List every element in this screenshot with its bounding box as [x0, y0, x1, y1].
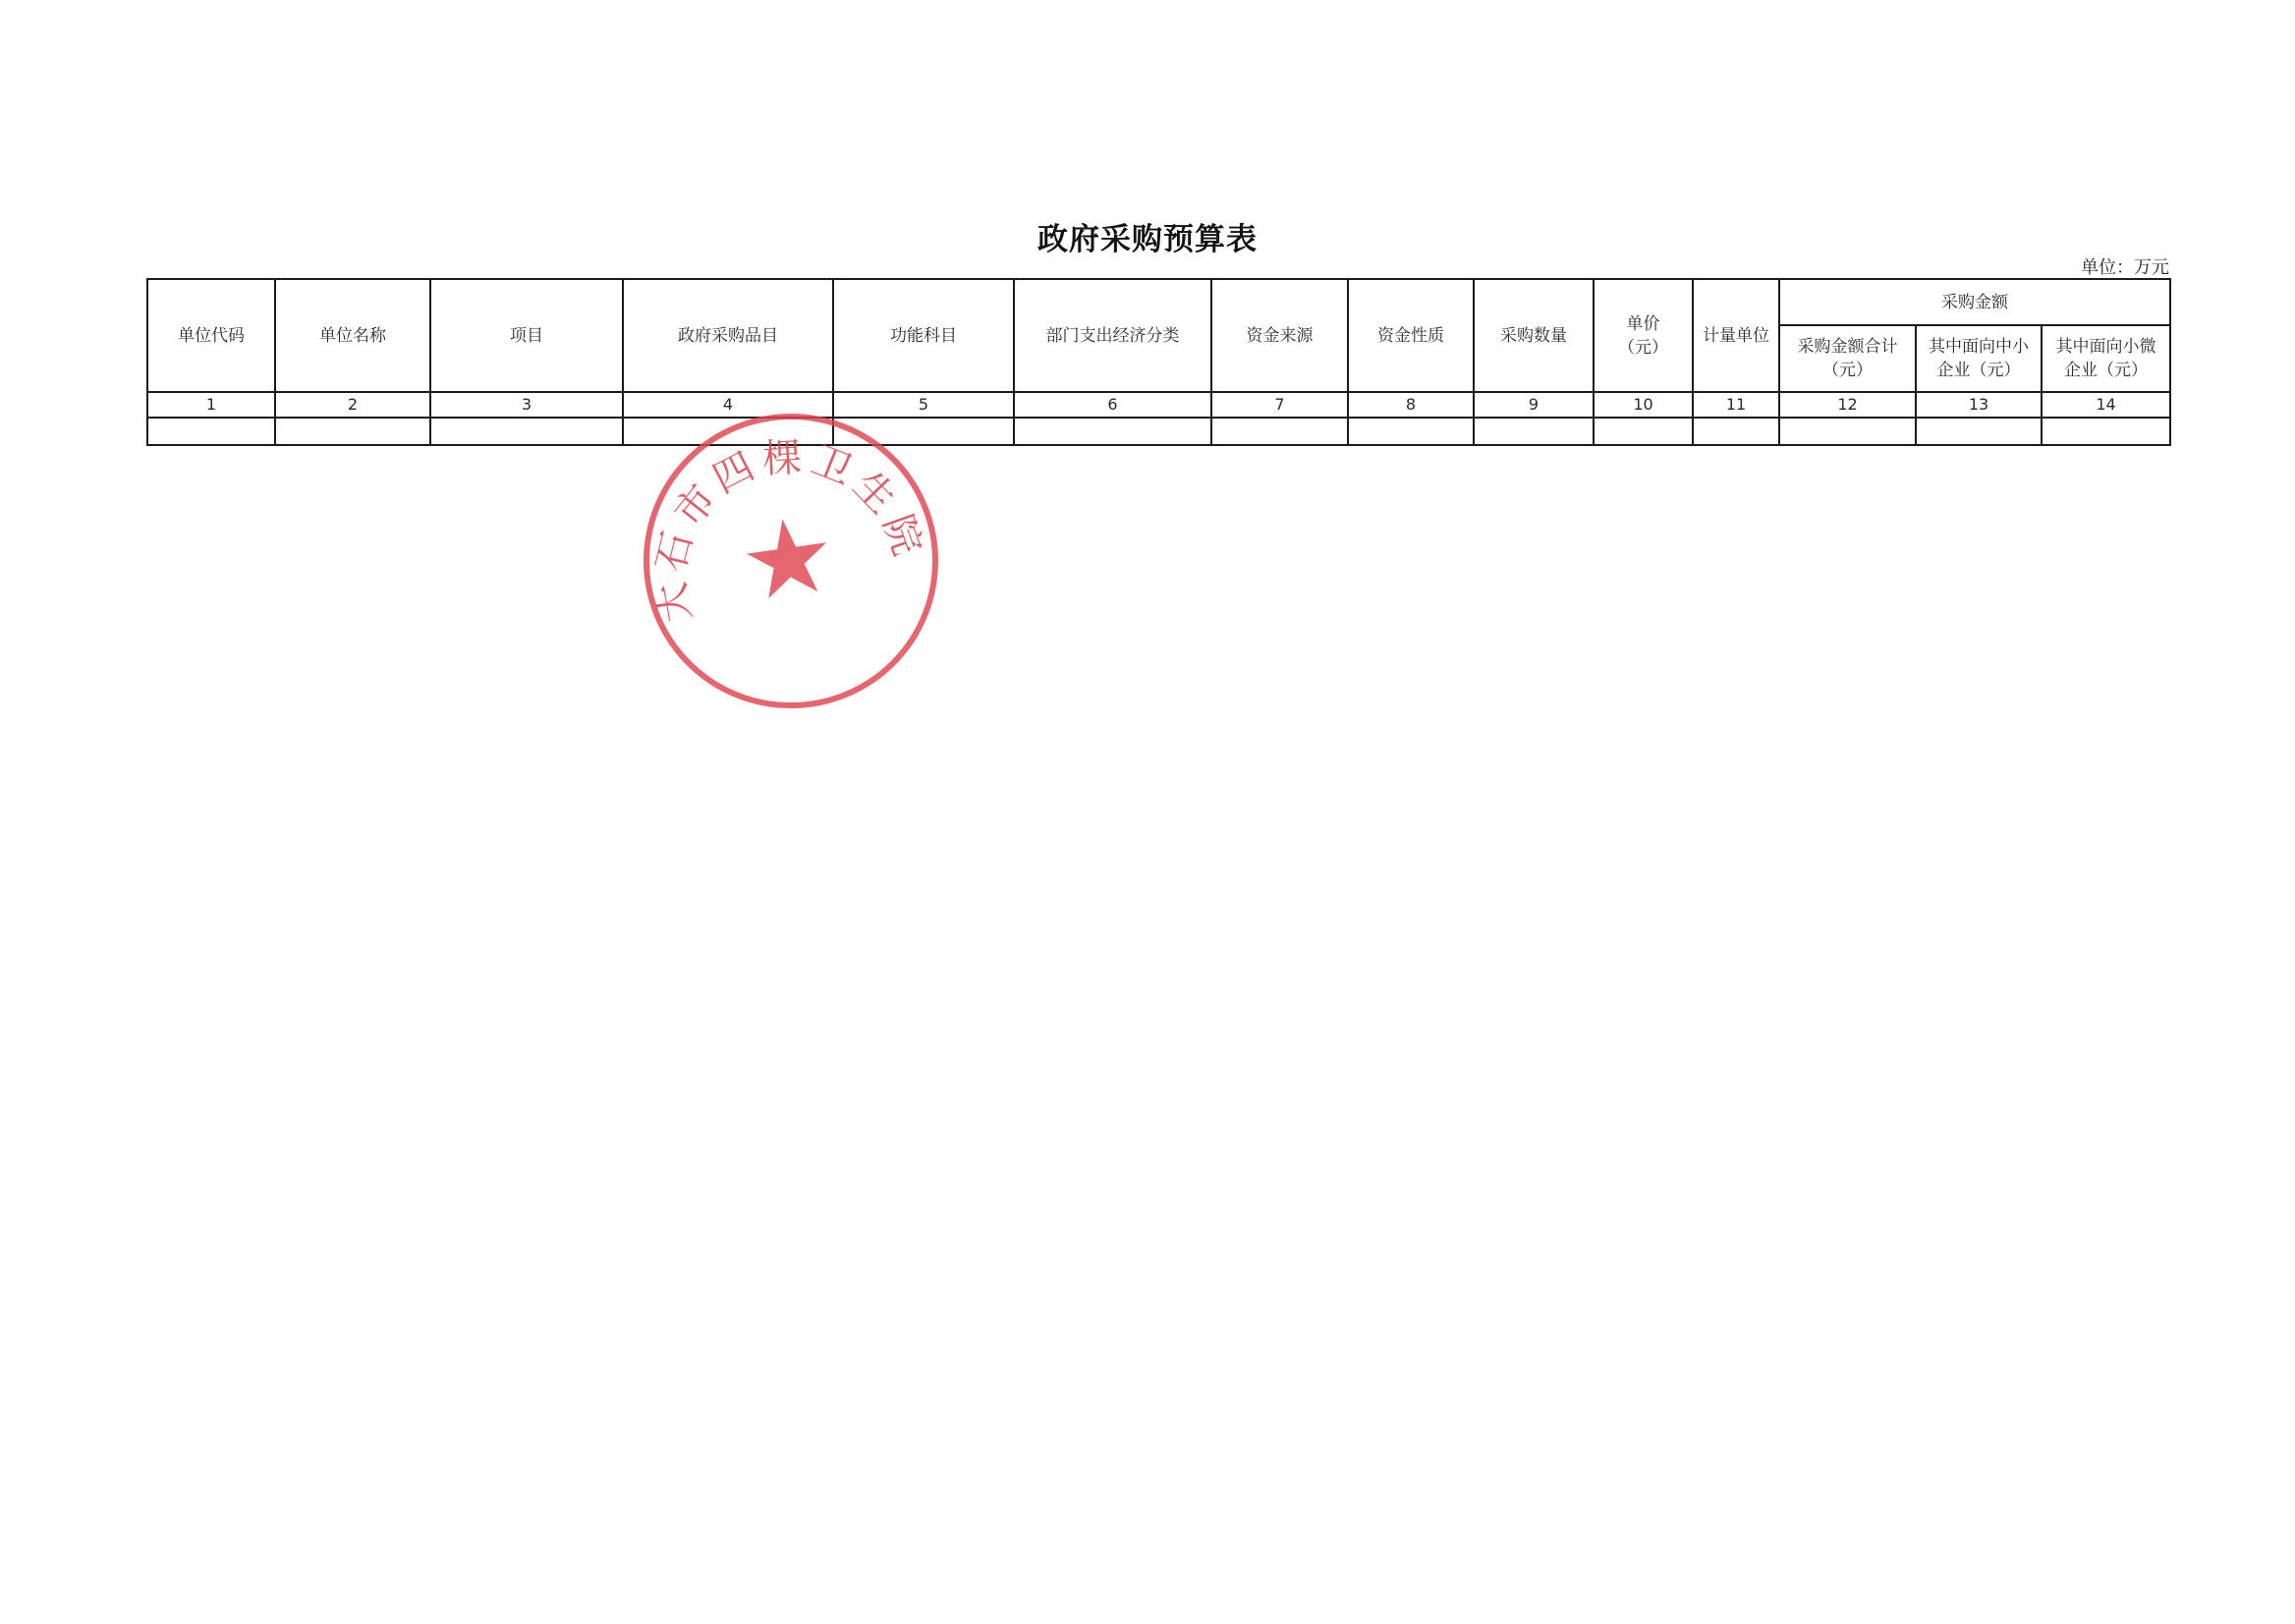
- column-number: 7: [1211, 392, 1348, 418]
- column-number: 12: [1779, 392, 1916, 418]
- column-number: 3: [430, 392, 623, 418]
- header-amount-micro: 其中面向小微 企业（元）: [2042, 325, 2170, 392]
- star-icon: [743, 514, 833, 601]
- procurement-budget-table: 单位代码 单位名称 项目 政府采购品目 功能科目 部门支出经济分类 资金来源 资…: [146, 278, 2171, 446]
- header-amount-sme-line2: 企业（元）: [1917, 359, 2041, 382]
- table-cell: [1594, 418, 1693, 445]
- header-fund-nature: 资金性质: [1348, 279, 1474, 392]
- header-amount-total: 采购金额合计 （元）: [1779, 325, 1916, 392]
- table-cell: [147, 418, 275, 445]
- header-amount-micro-line2: 企业（元）: [2043, 359, 2169, 382]
- column-number: 1: [147, 392, 275, 418]
- table-cell: [1916, 418, 2042, 445]
- header-unit-code: 单位代码: [147, 279, 275, 392]
- header-unit-price-line1: 单价: [1595, 312, 1692, 336]
- table-cell: [1474, 418, 1594, 445]
- header-quantity: 采购数量: [1474, 279, 1594, 392]
- table-row: [147, 418, 2170, 445]
- document-title: 政府采购预算表: [0, 214, 2295, 258]
- column-number: 11: [1693, 392, 1779, 418]
- header-amount-micro-line1: 其中面向小微: [2043, 335, 2169, 359]
- header-unit-price: 单价 （元）: [1594, 279, 1693, 392]
- header-economic-classification: 部门支出经济分类: [1014, 279, 1211, 392]
- header-amount-sme: 其中面向中小 企业（元）: [1916, 325, 2042, 392]
- table-cell: [1693, 418, 1779, 445]
- column-number: 14: [2042, 392, 2170, 418]
- column-number: 9: [1474, 392, 1594, 418]
- column-number-row: 1 2 3 4 5 6 7 8 9 10 11 12 13 14: [147, 392, 2170, 418]
- column-number: 6: [1014, 392, 1211, 418]
- header-procurement-item: 政府采购品目: [623, 279, 833, 392]
- header-unit-name: 单位名称: [275, 279, 430, 392]
- header-procurement-amount: 采购金额: [1779, 279, 2170, 325]
- column-number: 13: [1916, 392, 2042, 418]
- header-measure-unit: 计量单位: [1693, 279, 1779, 392]
- column-number: 8: [1348, 392, 1474, 418]
- table-cell: [1014, 418, 1211, 445]
- column-number: 2: [275, 392, 430, 418]
- unit-label: 单位：万元: [2081, 253, 2169, 279]
- header-amount-sme-line1: 其中面向中小: [1917, 335, 2041, 359]
- seal-text: 大石市四棵卫生院: [647, 435, 931, 626]
- table-cell: [1348, 418, 1474, 445]
- table-cell: [430, 418, 623, 445]
- table-cell: [1779, 418, 1916, 445]
- header-unit-price-line2: （元）: [1595, 336, 1692, 360]
- header-function-subject: 功能科目: [833, 279, 1014, 392]
- table-cell: [1211, 418, 1348, 445]
- header-fund-source: 资金来源: [1211, 279, 1348, 392]
- official-seal: 大石市四棵卫生院: [641, 411, 941, 711]
- header-amount-total-line2: （元）: [1780, 359, 1915, 382]
- table-cell: [2042, 418, 2170, 445]
- header-project: 项目: [430, 279, 623, 392]
- header-amount-total-line1: 采购金额合计: [1780, 335, 1915, 359]
- table-cell: [275, 418, 430, 445]
- column-number: 10: [1594, 392, 1693, 418]
